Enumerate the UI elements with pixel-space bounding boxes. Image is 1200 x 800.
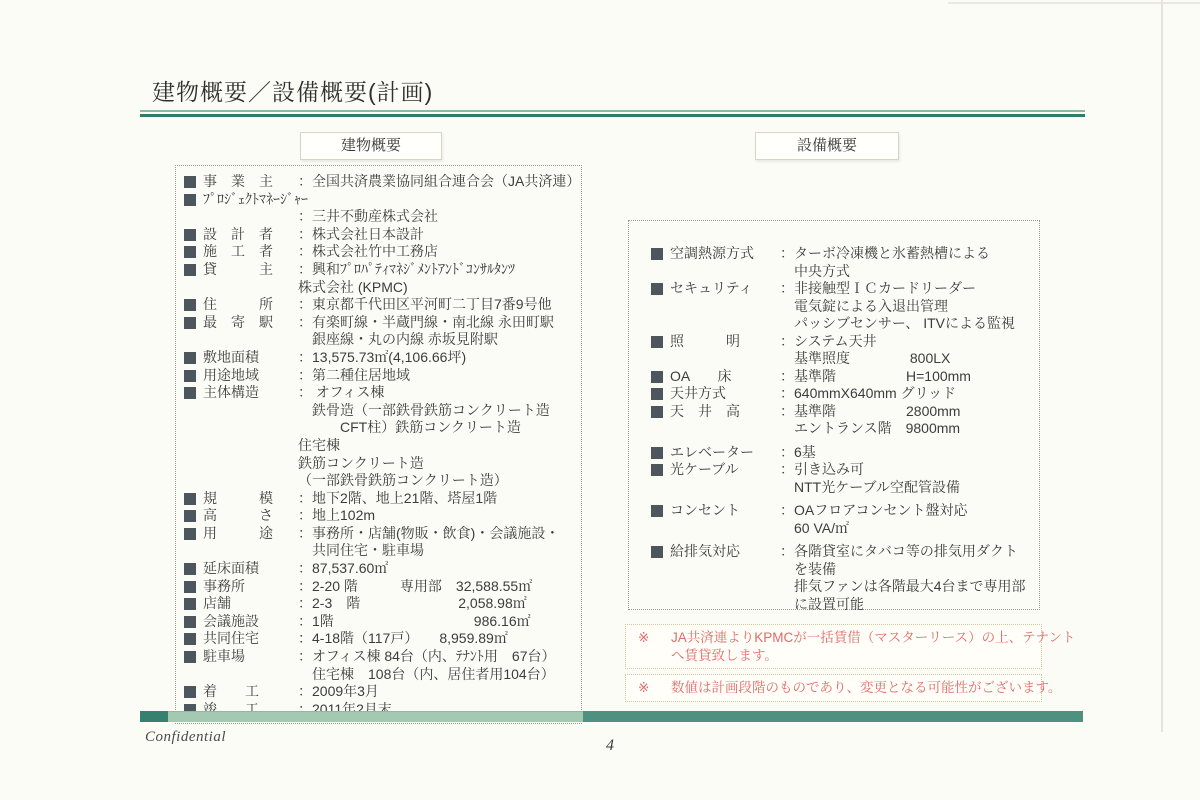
spec-label: 設 計 者	[203, 226, 298, 244]
spec-row: 共同住宅 ：4-18階（117戸） 8,959.89㎡	[184, 630, 577, 648]
spec-row: 会議施設 ：1階 986.16㎡	[184, 613, 577, 631]
value-line: ：基準階 2800mm	[780, 403, 1035, 421]
bullet-square-icon	[184, 493, 196, 505]
value-line: ：非接触型ＩＣカードリーダー	[780, 280, 1035, 298]
footer-bar-right-segment	[583, 711, 1083, 722]
value-line: ：地下2階、地上21階、塔屋1階	[298, 490, 577, 508]
spec-row: 天 井 高 ：基準階 2800mm エントランス階 9800mm	[651, 403, 1035, 438]
notes-section: ※ JA共済連よりKPMCが一括賃借（マスターリース）の上、テナントへ賃貸致しま…	[625, 624, 1042, 702]
spec-label: 高 さ	[203, 507, 298, 525]
bullet-square-icon	[184, 299, 196, 311]
value-line: 鉄骨造（一部鉄骨鉄筋コンクリート造	[298, 402, 577, 420]
spec-value: ：1階 986.16㎡	[298, 613, 577, 631]
value-line: ：2-20 階 専用部 32,588.55㎡	[298, 578, 577, 596]
scan-edge-artifact	[1161, 0, 1163, 732]
spec-label: 天井方式	[670, 385, 780, 403]
bullet-square-icon	[184, 370, 196, 382]
bullet-square-icon	[184, 229, 196, 241]
scan-top-artifact	[948, 2, 1200, 4]
value-line: 住宅棟	[298, 437, 577, 455]
spec-row: 事務所 ：2-20 階 専用部 32,588.55㎡	[184, 578, 577, 596]
spec-row: 設 計 者 ：株式会社日本設計	[184, 226, 577, 244]
value-line: に設置可能	[780, 596, 1035, 614]
facilities-overview-label: 設備概要	[755, 132, 899, 160]
value-line: 基準照度 800LX	[780, 350, 1035, 368]
spec-value: ：引き込み可 NTT光ケーブル空配管設備	[780, 461, 1035, 496]
bullet-square-icon	[184, 510, 196, 522]
spec-value: ：システム天井 基準照度 800LX	[780, 333, 1035, 368]
note-text: JA共済連よりKPMCが一括賃借（マスターリース）の上、テナントへ賃貸致します。	[671, 629, 1075, 664]
bullet-square-icon	[184, 581, 196, 593]
spec-value: ：株式会社日本設計	[298, 226, 577, 244]
spec-label: 用途地域	[203, 367, 298, 385]
document-page: 建物概要／設備概要(計画) 建物概要 設備概要 事 業 主 ：全国共済農業協同組…	[0, 0, 1200, 800]
spec-value: ：2-20 階 専用部 32,588.55㎡	[298, 578, 577, 596]
bullet-square-icon	[651, 505, 663, 517]
spec-row: 延床面積 ：87,537.60㎡	[184, 560, 577, 578]
spec-value: ：OAフロアコンセント盤対応 60 VA/㎡	[780, 502, 1035, 537]
bullet-square-icon	[184, 598, 196, 610]
spec-row: 照 明 ：システム天井 基準照度 800LX	[651, 333, 1035, 368]
bullet-square-icon	[651, 388, 663, 400]
bullet-square-icon	[184, 387, 196, 399]
value-line: ：87,537.60㎡	[298, 560, 577, 578]
spec-label: 敷地面積	[203, 349, 298, 367]
spec-row: 店舗 ：2-3 階 2,058.98㎡	[184, 595, 577, 613]
note-box: ※ 数値は計画段階のものであり、変更となる可能性がございます。	[625, 674, 1042, 702]
value-line: ：640mmX640mm グリッド	[780, 385, 1035, 403]
spec-value: ：640mmX640mm グリッド	[780, 385, 1035, 403]
bullet-square-icon	[184, 563, 196, 575]
spec-label: 空調熱源方式	[670, 245, 780, 263]
spec-label: 規 模	[203, 490, 298, 508]
spec-row: エレベーター ：6基	[651, 444, 1035, 462]
bullet-square-icon	[184, 633, 196, 645]
value-line: 銀座線・丸の内線 赤坂見附駅	[298, 331, 577, 349]
spec-value: ：非接触型ＩＣカードリーダー 電気錠による入退出管理 パッシブセンサー、 ITV…	[780, 280, 1035, 333]
value-line: エントランス階 9800mm	[780, 420, 1035, 438]
spec-value: ：全国共済農業協同組合連合会（JA共済連）	[298, 173, 577, 191]
value-line: 排気ファンは各階最大4台まで専用部	[780, 578, 1035, 596]
value-line: ：13,575.73㎡(4,106.66坪)	[298, 349, 577, 367]
value-line: 株式会社 (KPMC)	[298, 279, 577, 297]
spec-label: 主体構造	[203, 384, 298, 402]
value-line: ：各階貸室にタバコ等の排気用ダクト	[780, 543, 1035, 561]
spec-value: ：三井不動産株式会社	[298, 208, 577, 226]
spec-label: 着 工	[203, 683, 298, 701]
value-line: 電気錠による入退出管理	[780, 298, 1035, 316]
spec-row: OA 床 ：基準階 H=100mm	[651, 368, 1035, 386]
spec-row: 規 模 ：地下2階、地上21階、塔屋1階	[184, 490, 577, 508]
value-line: 数値は計画段階のものであり、変更となる可能性がございます。	[671, 679, 1061, 697]
value-line: ：ターボ冷凍機と氷蓄熱槽による	[780, 245, 1035, 263]
spec-value: ：地下2階、地上21階、塔屋1階	[298, 490, 577, 508]
spec-row: 事 業 主 ：全国共済農業協同組合連合会（JA共済連）	[184, 173, 577, 191]
spec-value: ：13,575.73㎡(4,106.66坪)	[298, 349, 577, 367]
spec-value: ：興和ﾌﾟﾛﾊﾟﾃｨﾏﾈｼﾞﾒﾝﾄｱﾝﾄﾞｺﾝｻﾙﾀﾝﾂ株式会社 (KPMC)	[298, 261, 577, 296]
spec-value: ：株式会社竹中工務店	[298, 243, 577, 261]
spec-label: 給排気対応	[670, 543, 780, 561]
footer-bar-left-segment	[140, 711, 168, 722]
bullet-square-icon	[184, 194, 196, 206]
value-line: ：OAフロアコンセント盤対応	[780, 502, 1035, 520]
value-line: ：2-3 階 2,058.98㎡	[298, 595, 577, 613]
note-box: ※ JA共済連よりKPMCが一括賃借（マスターリース）の上、テナントへ賃貸致しま…	[625, 624, 1042, 669]
spec-label: 天 井 高	[670, 403, 780, 421]
spec-value: ：4-18階（117戸） 8,959.89㎡	[298, 630, 577, 648]
spec-row: セキュリティ ：非接触型ＩＣカードリーダー 電気錠による入退出管理 パッシブセン…	[651, 280, 1035, 333]
bullet-square-icon	[651, 464, 663, 476]
bullet-square-icon	[184, 528, 196, 540]
value-line: CFT柱）鉄筋コンクリート造	[298, 419, 577, 437]
value-line: ：2009年3月	[298, 683, 577, 701]
spec-row: 給排気対応 ：各階貸室にタバコ等の排気用ダクト を装備 排気ファンは各階最大4台…	[651, 543, 1035, 613]
spec-row: 住 所 ：東京都千代田区平河町二丁目7番9号他	[184, 296, 577, 314]
building-overview-label: 建物概要	[300, 132, 442, 160]
spec-row: ﾌﾟﾛｼﾞｪｸﾄﾏﾈｰｼﾞｬｰ	[184, 191, 577, 209]
spec-value: ：各階貸室にタバコ等の排気用ダクト を装備 排気ファンは各階最大4台まで専用部 …	[780, 543, 1035, 613]
spec-label: 用 途	[203, 525, 298, 543]
spec-row: 用途地域 ：第二種住居地域	[184, 367, 577, 385]
spec-value: ：事務所・店舗(物販・飲食)・会議施設・ 共同住宅・駐車場	[298, 525, 577, 560]
spec-row: 主体構造 ： オフィス棟 鉄骨造（一部鉄骨鉄筋コンクリート造 CFT柱）鉄筋コン…	[184, 384, 577, 490]
spec-label: 住 所	[203, 296, 298, 314]
value-line: ：全国共済農業協同組合連合会（JA共済連）	[298, 173, 577, 191]
spec-row: コンセント ：OAフロアコンセント盤対応 60 VA/㎡	[651, 502, 1035, 537]
spec-row: 施 工 者 ：株式会社竹中工務店	[184, 243, 577, 261]
building-overview-label-text: 建物概要	[341, 137, 401, 154]
value-line: パッシブセンサー、 ITVによる監視	[780, 315, 1035, 333]
value-line: NTT光ケーブル空配管設備	[780, 479, 1035, 497]
bullet-square-icon	[651, 336, 663, 348]
spec-label: 駐車場	[203, 648, 298, 666]
bullet-square-icon	[651, 406, 663, 418]
value-line: ：地上102m	[298, 507, 577, 525]
facilities-overview-box: 空調熱源方式 ：ターボ冷凍機と氷蓄熱槽による 中央方式 セキュリティ ：非接触型…	[628, 220, 1040, 610]
value-line: （一部鉄骨鉄筋コンクリート造）	[298, 472, 577, 490]
bullet-square-icon	[184, 246, 196, 258]
spec-value: ：87,537.60㎡	[298, 560, 577, 578]
spec-row: 高 さ ：地上102m	[184, 507, 577, 525]
spec-label: 店舗	[203, 595, 298, 613]
value-line: ：東京都千代田区平河町二丁目7番9号他	[298, 296, 577, 314]
spec-label: 事務所	[203, 578, 298, 596]
spec-label: 会議施設	[203, 613, 298, 631]
value-line: ：三井不動産株式会社	[298, 208, 577, 226]
note-marker: ※	[638, 679, 671, 697]
spec-label: 照 明	[670, 333, 780, 351]
bullet-square-icon	[184, 264, 196, 276]
spec-value: ：基準階 2800mm エントランス階 9800mm	[780, 403, 1035, 438]
value-line: ：引き込み可	[780, 461, 1035, 479]
page-title: 建物概要／設備概要(計画)	[152, 74, 433, 107]
bullet-square-icon	[184, 317, 196, 329]
note-marker: ※	[638, 629, 671, 647]
bullet-square-icon	[651, 546, 663, 558]
value-line: ：有楽町線・半蔵門線・南北線 永田町駅	[298, 314, 577, 332]
value-line: 鉄筋コンクリート造	[298, 455, 577, 473]
spec-label: 共同住宅	[203, 630, 298, 648]
spec-value: ：東京都千代田区平河町二丁目7番9号他	[298, 296, 577, 314]
value-line: ：株式会社日本設計	[298, 226, 577, 244]
spec-label: 最 寄 駅	[203, 314, 298, 332]
value-line: ：1階 986.16㎡	[298, 613, 577, 631]
value-line: 60 VA/㎡	[780, 520, 1035, 538]
spec-row: 敷地面積 ：13,575.73㎡(4,106.66坪)	[184, 349, 577, 367]
bullet-square-icon	[184, 176, 196, 188]
value-line: ：事務所・店舗(物販・飲食)・会議施設・	[298, 525, 577, 543]
value-line: JA共済連よりKPMCが一括賃借（マスターリース）の上、テナント	[671, 629, 1075, 647]
value-line: ：基準階 H=100mm	[780, 368, 1035, 386]
spec-value: ：オフィス棟 84台（内、ﾃﾅﾝﾄ用 67台） 住宅棟 108台（内、居住者用1…	[298, 648, 577, 683]
spec-label: コンセント	[670, 502, 780, 520]
spec-value: ：2009年3月	[298, 683, 577, 701]
value-line: ：オフィス棟 84台（内、ﾃﾅﾝﾄ用 67台）	[298, 648, 577, 666]
spec-label: 事 業 主	[203, 173, 298, 191]
title-rule-light	[140, 110, 1085, 112]
spec-label: ﾌﾟﾛｼﾞｪｸﾄﾏﾈｰｼﾞｬｰ	[203, 191, 298, 209]
spec-label: エレベーター	[670, 444, 780, 462]
spec-label: 延床面積	[203, 560, 298, 578]
value-line: ：株式会社竹中工務店	[298, 243, 577, 261]
bullet-square-icon	[651, 447, 663, 459]
spec-row: 空調熱源方式 ：ターボ冷凍機と氷蓄熱槽による 中央方式	[651, 245, 1035, 280]
spec-value: ：第二種住居地域	[298, 367, 577, 385]
spec-row: ：三井不動産株式会社	[184, 208, 577, 226]
spec-label: 施 工 者	[203, 243, 298, 261]
spec-value: ：6基	[780, 444, 1035, 462]
spec-row: 着 工 ：2009年3月	[184, 683, 577, 701]
spec-label: セキュリティ	[670, 280, 780, 298]
spec-value: ：有楽町線・半蔵門線・南北線 永田町駅 銀座線・丸の内線 赤坂見附駅	[298, 314, 577, 349]
spec-label: 光ケーブル	[670, 461, 780, 479]
value-line: ：システム天井	[780, 333, 1035, 351]
spec-value: ：基準階 H=100mm	[780, 368, 1035, 386]
confidential-text: Confidential	[145, 729, 226, 746]
spec-value: ：ターボ冷凍機と氷蓄熱槽による 中央方式	[780, 245, 1035, 280]
bullet-square-icon	[184, 352, 196, 364]
spec-row: 貸 主 ：興和ﾌﾟﾛﾊﾟﾃｨﾏﾈｼﾞﾒﾝﾄｱﾝﾄﾞｺﾝｻﾙﾀﾝﾂ株式会社 (KP…	[184, 261, 577, 296]
value-line: へ賃貸致します。	[671, 647, 1075, 665]
value-line: ： オフィス棟	[298, 384, 577, 402]
spec-row: 最 寄 駅 ：有楽町線・半蔵門線・南北線 永田町駅 銀座線・丸の内線 赤坂見附駅	[184, 314, 577, 349]
bullet-square-icon	[184, 686, 196, 698]
page-number: 4	[606, 737, 614, 755]
building-overview-box: 事 業 主 ：全国共済農業協同組合連合会（JA共済連） ﾌﾟﾛｼﾞｪｸﾄﾏﾈｰｼ…	[175, 165, 582, 724]
spec-row: 駐車場 ：オフィス棟 84台（内、ﾃﾅﾝﾄ用 67台） 住宅棟 108台（内、居…	[184, 648, 577, 683]
spec-value: ：地上102m	[298, 507, 577, 525]
bullet-square-icon	[651, 283, 663, 295]
spec-row: 天井方式 ：640mmX640mm グリッド	[651, 385, 1035, 403]
value-line: ：6基	[780, 444, 1035, 462]
bullet-square-icon	[651, 248, 663, 260]
spec-label: 貸 主	[203, 261, 298, 279]
title-rule-dark	[140, 114, 1085, 117]
value-line: ：4-18階（117戸） 8,959.89㎡	[298, 630, 577, 648]
bullet-square-icon	[184, 616, 196, 628]
value-line: ：第二種住居地域	[298, 367, 577, 385]
spec-row: 用 途 ：事務所・店舗(物販・飲食)・会議施設・ 共同住宅・駐車場	[184, 525, 577, 560]
facilities-overview-label-text: 設備概要	[797, 137, 857, 154]
spec-value: ： オフィス棟 鉄骨造（一部鉄骨鉄筋コンクリート造 CFT柱）鉄筋コンクリート造…	[298, 384, 577, 490]
note-text: 数値は計画段階のものであり、変更となる可能性がございます。	[671, 679, 1061, 697]
value-line: を装備	[780, 561, 1035, 579]
value-line: ：興和ﾌﾟﾛﾊﾟﾃｨﾏﾈｼﾞﾒﾝﾄｱﾝﾄﾞｺﾝｻﾙﾀﾝﾂ	[298, 261, 577, 279]
bullet-square-icon	[184, 651, 196, 663]
bullet-square-icon	[651, 371, 663, 383]
value-line: 共同住宅・駐車場	[298, 542, 577, 560]
spec-label: OA 床	[670, 368, 780, 386]
value-line: 住宅棟 108台（内、居住者用104台）	[298, 666, 577, 684]
footer-bar-middle-segment	[168, 711, 583, 722]
spec-value: ：2-3 階 2,058.98㎡	[298, 595, 577, 613]
value-line: 中央方式	[780, 263, 1035, 281]
spec-row: 光ケーブル ：引き込み可 NTT光ケーブル空配管設備	[651, 461, 1035, 496]
